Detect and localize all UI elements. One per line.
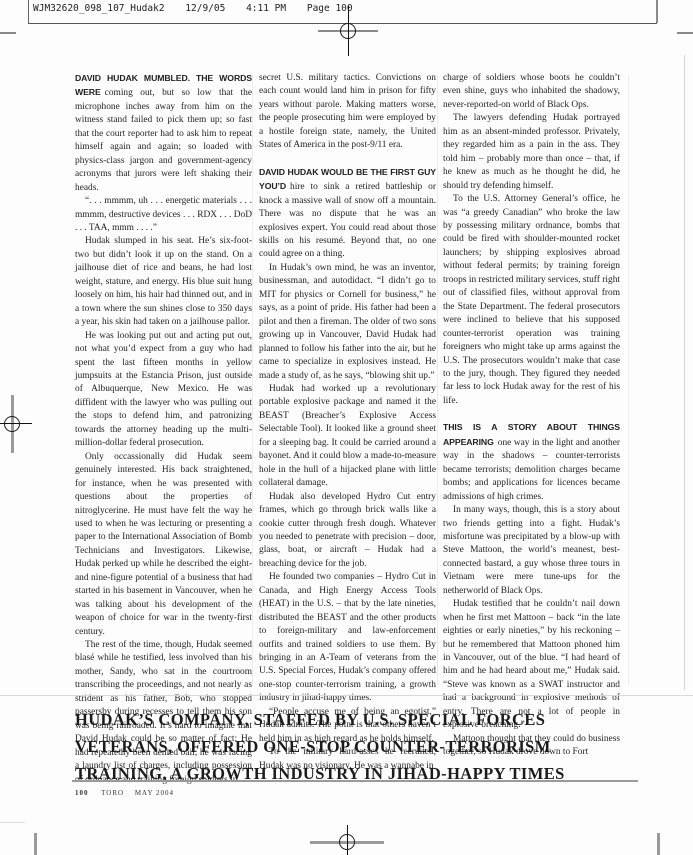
article-paragraph: In Hudak’s own mind, he was an inventor,…: [259, 262, 436, 383]
proof-time: 4:11 PM: [246, 3, 286, 14]
proof-date: 12/9/05: [185, 3, 225, 14]
paragraph-text: He founded two companies – Hydro Cut in …: [259, 572, 436, 703]
article-paragraph: Hudak had worked up a revolutionary port…: [259, 383, 436, 491]
article-paragraph: “. . . mmmm, uh . . . energetic material…: [75, 195, 252, 235]
article-paragraph: charge of soldiers whose boots he couldn…: [443, 72, 620, 112]
article-paragraph: He was looking put out and acting put ou…: [75, 330, 252, 451]
column-guide: [628, 75, 629, 685]
article-paragraph: In many ways, though, this is a story ab…: [443, 504, 620, 598]
article-column-2: secret U.S. military tactics. Conviction…: [259, 72, 436, 773]
paragraph-text: Only occassionally did Hudak seem genuin…: [75, 452, 252, 637]
article-paragraph: secret U.S. military tactics. Conviction…: [259, 72, 436, 153]
bottom-right-crop-mark: [657, 833, 660, 855]
pull-quote-top-rule: [0, 695, 693, 696]
article-paragraph: DAVID HUDAK WOULD BE THE FIRST GUY YOU’D…: [259, 166, 436, 262]
paragraph-text: Hudak also developed Hydro Cut entry fra…: [259, 492, 436, 569]
right-crop-tick: [677, 32, 693, 34]
paragraph-text: secret U.S. military tactics. Conviction…: [259, 73, 436, 150]
column-guide: [252, 75, 253, 685]
magazine-name: TORO: [101, 789, 124, 797]
bottom-left-crop-tick: [0, 822, 25, 823]
paragraph-text: In many ways, though, this is a story ab…: [443, 505, 620, 596]
article-paragraph: Hudak also developed Hydro Cut entry fra…: [259, 491, 436, 572]
pull-quote-bottom-rule: [72, 780, 638, 782]
right-trim-line: [684, 55, 685, 690]
paragraph-text: He was looking put out and acting put ou…: [75, 331, 252, 449]
paragraph-text: charge of soldiers whose boots he couldn…: [443, 73, 620, 110]
article-paragraph: To the U.S. Attorney General’s office, h…: [443, 193, 620, 408]
registration-mark-bottom-circle-icon: [339, 834, 355, 850]
issue-date: MAY 2004: [135, 789, 174, 797]
registration-mark-left-circle-icon: [4, 416, 20, 432]
paragraph-text: hire to sink a retired battleship or kno…: [259, 182, 436, 259]
paragraph-text: The lawyers defending Hudak portrayed hi…: [443, 113, 620, 190]
article-paragraph: He founded two companies – Hydro Cut in …: [259, 571, 436, 706]
header-right-trim-mark: [656, 0, 658, 23]
paragraph-text: one way in the light and another way in …: [443, 438, 620, 502]
paragraph-text: Hudak had worked up a revolutionary port…: [259, 384, 436, 488]
proof-slug: WJM32620_098_107_Hudak2 12/9/05 4:11 PM …: [33, 3, 368, 21]
proof-filename: WJM32620_098_107_Hudak2: [33, 3, 165, 14]
article-column-3: charge of soldiers whose boots he couldn…: [443, 72, 620, 760]
paragraph-text: “. . . mmmm, uh . . . energetic material…: [75, 196, 252, 233]
proof-page-label: Page 100: [307, 3, 353, 14]
header-left-trim-mark: [28, 0, 29, 23]
left-crop-tick: [0, 32, 16, 34]
pull-quote: HUDAK’S COMPANY, STAFFED BY U.S. SPECIAL…: [75, 706, 627, 787]
bottom-left-crop-mark: [34, 833, 37, 855]
article-paragraph: Hudak slumped in his seat. He’s six-foot…: [75, 235, 252, 329]
paragraph-text: Hudak slumped in his seat. He’s six-foot…: [75, 236, 252, 327]
article-paragraph: THIS IS A STORY ABOUT THINGS APPEARINGon…: [443, 421, 620, 504]
paragraph-text: To the U.S. Attorney General’s office, h…: [443, 194, 620, 406]
column-guide: [437, 75, 438, 685]
paragraph-text: coming out, but so low that the micropho…: [75, 88, 252, 192]
article-column-1: DAVID HUDAK MUMBLED. THE WORDS WEREcomin…: [75, 72, 252, 787]
article-paragraph: Only occassionally did Hudak seem genuin…: [75, 451, 252, 639]
registration-mark-top-circle-icon: [340, 23, 356, 39]
article-paragraph: The lawyers defending Hudak portrayed hi…: [443, 112, 620, 193]
page-number: 100: [75, 789, 89, 797]
article-paragraph: DAVID HUDAK MUMBLED. THE WORDS WEREcomin…: [75, 72, 252, 195]
page-footer: 100 TORO MAY 2004: [75, 789, 174, 797]
paragraph-text: In Hudak’s own mind, he was an inventor,…: [259, 263, 436, 381]
